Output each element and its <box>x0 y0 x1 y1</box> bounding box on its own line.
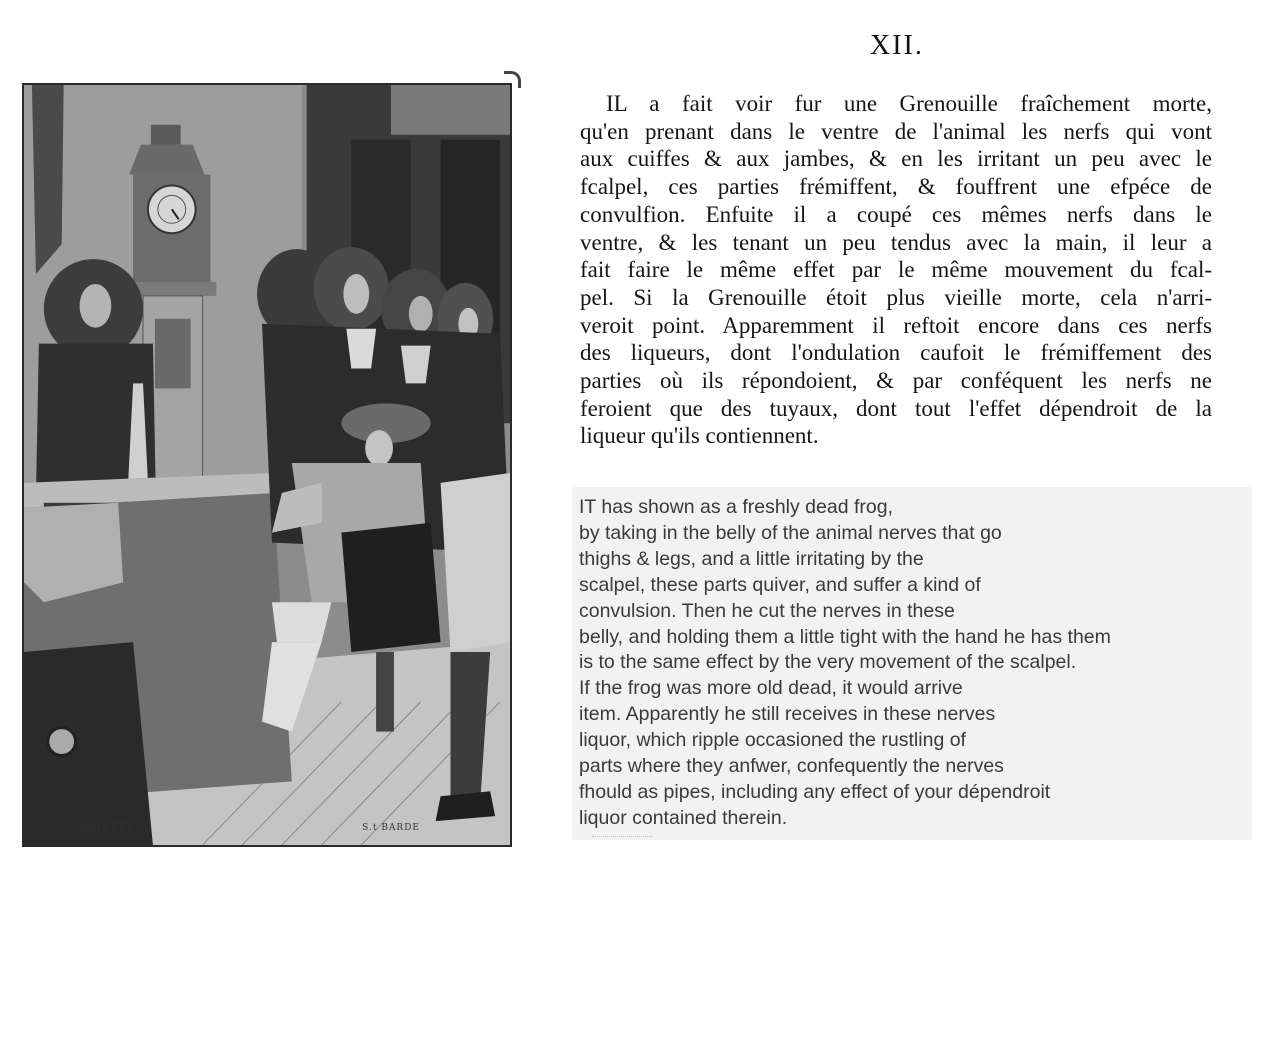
translation-line: by taking in the belly of the animal ner… <box>579 521 1111 547</box>
french-line: feroient que des tuyaux, dont tout l'eff… <box>580 395 1212 423</box>
french-passage: IL a fait voir fur une Grenouille fraîch… <box>580 90 1212 450</box>
french-line: fait faire le même effet par le même mou… <box>580 256 1212 284</box>
french-line: ventre, & les tenant un peu tendus avec … <box>580 229 1212 257</box>
french-line: fcalpel, ces parties frémiffent, & fouff… <box>580 173 1212 201</box>
translation-line: scalpel, these parts quiver, and suffer … <box>579 573 1111 599</box>
translation-line: If the frog was more old dead, it would … <box>579 676 1111 702</box>
french-line: veroit point. Apparemment il reftoit enc… <box>580 312 1212 340</box>
engraving-scene-image <box>24 85 510 845</box>
translation-line: belly, and holding them a little tight w… <box>579 625 1111 651</box>
translation-line: IT has shown as a freshly dead frog, <box>579 495 1111 521</box>
french-line: qu'en prenant dans le ventre de l'animal… <box>580 118 1212 146</box>
engraving-frame: GILBERT S.t BARDE <box>22 83 512 847</box>
translation-line: is to the same effect by the very moveme… <box>579 650 1111 676</box>
french-line: liqueur qu'ils contiennent. <box>580 422 1212 450</box>
french-line: parties où ils répondoient, & par conféq… <box>580 367 1212 395</box>
french-line: des liqueurs, dont l'ondulation caufoit … <box>580 339 1212 367</box>
engraver-signature-left: GILBERT <box>84 823 134 833</box>
translation-line: item. Apparently he still receives in th… <box>579 702 1111 728</box>
french-line: aux cuiffes & aux jambes, & en les irrit… <box>580 145 1212 173</box>
french-line: IL a fait voir fur une Grenouille fraîch… <box>580 90 1212 118</box>
french-line: convulfion. Enfuite il a coupé ces mêmes… <box>580 201 1212 229</box>
translation-line: thighs & legs, and a little irritating b… <box>579 547 1111 573</box>
english-translation-box: IT has shown as a freshly dead frog, by … <box>572 487 1252 840</box>
translation-line: parts where they anfwer, confequently th… <box>579 754 1111 780</box>
chapter-heading: XII. <box>870 30 924 62</box>
engraving-illustration: GILBERT S.t BARDE <box>17 75 517 855</box>
french-line: pel. Si la Grenouille étoit plus vieille… <box>580 284 1212 312</box>
translation-line: convulsion. Then he cut the nerves in th… <box>579 599 1111 625</box>
engraver-signature-right: S.t BARDE <box>362 823 420 833</box>
translation-line: fhould as pipes, including any effect of… <box>579 780 1111 806</box>
page-curl-mark <box>504 71 521 88</box>
translation-line: liquor contained therein. <box>579 806 1111 832</box>
translation-line: liquor, which ripple occasioned the rust… <box>579 728 1111 754</box>
scan-artifact <box>592 836 652 840</box>
english-translation-text: IT has shown as a freshly dead frog, by … <box>579 495 1111 832</box>
